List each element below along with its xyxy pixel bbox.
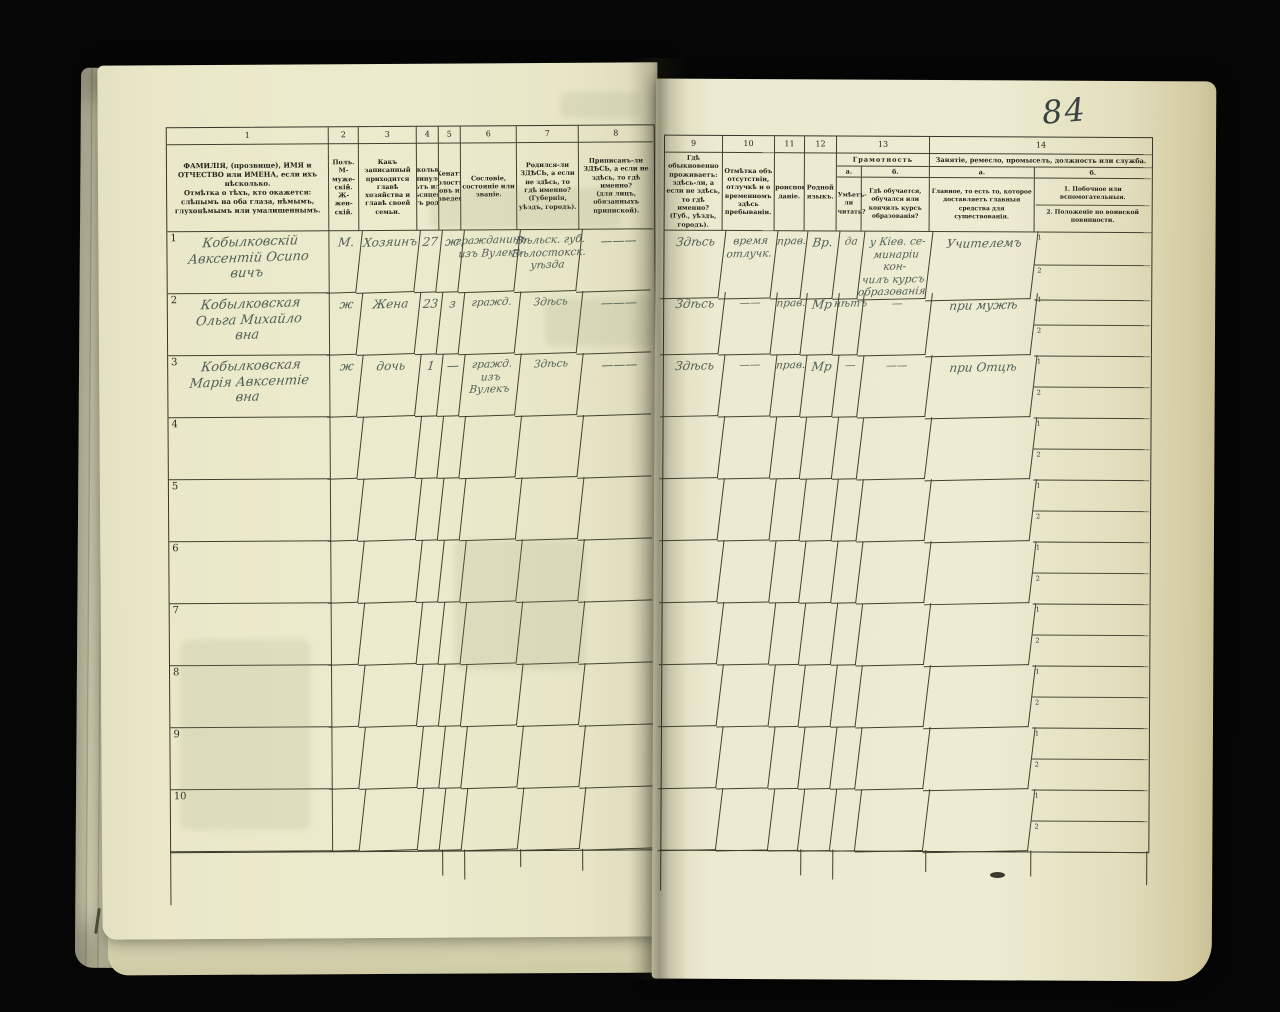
handwritten-page-number: 84 xyxy=(1040,90,1088,132)
table-row: 1 2 xyxy=(663,541,1150,606)
side-occupation-slot-2: 2 xyxy=(1032,759,1148,790)
subrow-label: 2 xyxy=(1036,450,1040,458)
side-occupation-slot-2: 2 xyxy=(1032,697,1148,728)
cell-occupation-main xyxy=(923,727,1036,791)
cell-occupation-side: 1 2 xyxy=(1032,605,1148,668)
subrow-label: 2 xyxy=(1035,698,1039,706)
column-number: 4 xyxy=(417,127,439,144)
table-row: 4 xyxy=(168,415,655,480)
table-row: 1 2 xyxy=(662,727,1149,792)
cell-relation xyxy=(358,602,423,666)
cell-education: — xyxy=(857,293,933,356)
cell-registration xyxy=(578,600,659,664)
cell-residence xyxy=(659,602,725,665)
cell-occupation-side: 1 2 xyxy=(1032,667,1148,730)
subrow-label: 2 xyxy=(1035,760,1039,768)
cell-residence xyxy=(660,416,726,479)
cell-registration xyxy=(577,414,658,478)
subrow-label: 2 xyxy=(1037,388,1041,396)
occupation-group-title: Занятіе, ремесло, промыселъ, должность и… xyxy=(930,154,1152,168)
cell-occupation-main xyxy=(924,603,1037,667)
cell-birthplace xyxy=(515,415,584,479)
cell-residence: Здѣсь xyxy=(660,354,726,417)
side-occupation-slot-1: 1 xyxy=(1033,543,1149,574)
side-occupation-slot-1: 1 xyxy=(1032,667,1148,698)
cell-birthplace: Вѣльск. губ. Бѣлостокск. уѣзда xyxy=(514,229,583,293)
header-residence: Гдѣ обыкновенно проживаетъ: здѣсь-ли, а … xyxy=(665,153,723,231)
cell-estate xyxy=(460,477,523,541)
occupation-b-label: б. xyxy=(1035,168,1151,180)
cell-registration xyxy=(579,724,660,788)
cell-residence xyxy=(658,788,724,851)
cell-education xyxy=(856,603,932,666)
cell-occupation-main xyxy=(924,479,1037,543)
cell-residence xyxy=(658,664,724,727)
side-occupation-slot-1: 1 xyxy=(1034,233,1150,267)
literacy-b-label: б. xyxy=(862,167,929,178)
cell-name: 4 xyxy=(168,417,330,480)
cell-residence xyxy=(658,726,724,789)
cell-name: 3 Кобылковская Марія Авксентіе вна xyxy=(168,355,330,418)
cell-occupation-side: 1 2 xyxy=(1034,357,1150,420)
bleed-through-ghost xyxy=(180,640,310,830)
cell-name: 6 xyxy=(169,541,331,604)
header-language: Родной языкъ. xyxy=(805,153,837,231)
column-number: 13 xyxy=(837,136,930,153)
cell-education xyxy=(856,479,932,542)
header-sex: Полъ. М-муже-скій. Ж-жен-скій. xyxy=(329,144,360,231)
cell-absence xyxy=(717,603,777,666)
bleed-through-ghost xyxy=(560,92,640,118)
cell-registration xyxy=(578,538,659,602)
side-occupation-slot-2: 2 xyxy=(1033,449,1149,480)
cell-relation xyxy=(359,726,424,790)
rule-overshoot xyxy=(925,850,926,872)
literacy-a-desc: Умѣетъ-ли читать? xyxy=(837,177,861,230)
cell-occupation-main: Учителемъ xyxy=(925,231,1038,301)
cell-absence: время отлучк. xyxy=(718,231,778,300)
cell-absence xyxy=(718,417,778,480)
occupation-a-column: а. Главное, то есть то, которое доставля… xyxy=(930,167,1035,232)
cell-residence: Здѣсь xyxy=(660,230,726,299)
cell-relation: дочь xyxy=(357,354,422,418)
side-occupation-slot-2: 2 xyxy=(1032,635,1148,666)
side-occupation-slot-1: 1 xyxy=(1032,729,1148,760)
cell-birthplace xyxy=(516,477,585,541)
rule-overshoot xyxy=(520,849,521,867)
cell-education: у Кіев. се- минаріи кон- чилъ курсъ обра… xyxy=(857,231,933,300)
side-occupation-slot-2: 2 xyxy=(1031,821,1147,852)
column-number: 6 xyxy=(461,126,517,143)
subrow-label: 1 xyxy=(1038,234,1042,242)
subrow-label: 2 xyxy=(1034,822,1038,830)
cell-estate xyxy=(459,415,522,479)
side-occupation-slot-1: 1 xyxy=(1034,295,1150,326)
subrow-label: 2 xyxy=(1036,574,1040,582)
occupation-a-desc: Главное, то есть то, которое доставляетъ… xyxy=(930,178,1034,232)
cell-relation xyxy=(358,540,423,604)
side-occupation-slot-2: 2 xyxy=(1033,573,1149,604)
cell-relation xyxy=(358,478,423,542)
table-row: 1 2 xyxy=(662,665,1149,730)
subrow-label: 1 xyxy=(1037,296,1041,304)
side-occupation-slot-1: 1 xyxy=(1032,605,1148,636)
cell-residence xyxy=(659,478,725,541)
occupation-b-column: б. 1. Побочное или вспомогательныя. 2. П… xyxy=(1035,168,1151,233)
name-value xyxy=(165,415,333,481)
cell-education: —— xyxy=(857,355,933,418)
book-page-right: 9 10 11 12 13 14 Гдѣ обыкновенно прожива… xyxy=(652,79,1217,982)
subrow-label: 1 xyxy=(1036,606,1040,614)
occupation-side-label: 1. Побочное или вспомогательныя. xyxy=(1036,182,1150,205)
cell-occupation-side: 1 2 xyxy=(1033,419,1149,482)
cell-education xyxy=(857,417,933,480)
subrow-label: 2 xyxy=(1037,326,1041,334)
name-value: Кобылковская Марія Авксентіе вна xyxy=(165,353,333,419)
rule-overshoot xyxy=(832,849,833,879)
subrow-label: 1 xyxy=(1037,420,1041,428)
cell-occupation-main xyxy=(923,665,1036,729)
cell-estate: гражд. изъ Вулекъ xyxy=(459,353,522,417)
cell-estate xyxy=(461,663,524,727)
rule-overshoot xyxy=(170,851,171,905)
subrow-label: 1 xyxy=(1037,358,1041,366)
cell-occupation-side: 1 2 xyxy=(1034,295,1150,358)
table-row: 1 2 xyxy=(663,417,1150,482)
cell-estate: гражд. xyxy=(458,291,521,355)
header-religion: Вѣроисповѣ-даніе. xyxy=(775,153,805,231)
cell-residence: Здѣсь xyxy=(660,292,726,355)
side-occupation-slot-1: 1 xyxy=(1031,791,1147,822)
rule-overshoot xyxy=(660,849,661,891)
bleed-through-ghost xyxy=(430,188,620,228)
side-occupation-slot-1: 1 xyxy=(1034,357,1150,388)
cell-relation xyxy=(359,664,424,728)
side-occupation-slot-2: 2 xyxy=(1034,387,1150,418)
cell-birthplace: Здѣсь xyxy=(515,353,584,417)
column-number: 11 xyxy=(775,136,805,153)
photographed-census-book: { "page_label": "84", "left_table": { "n… xyxy=(0,0,1280,1012)
cell-absence xyxy=(716,789,776,852)
literacy-group-title: Грамотность xyxy=(837,153,929,166)
cell-education xyxy=(855,665,931,728)
cell-name: 5 xyxy=(169,479,331,542)
cell-absence xyxy=(717,541,777,604)
header-absence: Отмѣтка объ отсутствіи, отлучкѣ и о врем… xyxy=(723,153,775,231)
cell-absence xyxy=(716,665,776,728)
cell-registration: ——— xyxy=(577,352,658,416)
rule-overshoot xyxy=(442,850,443,876)
occupation-a-label: а. xyxy=(930,167,1034,179)
cell-relation: Хозяинъ xyxy=(356,230,421,294)
table-row: Здѣсь —— прав. Мр — —— при Отцѣ 1 2 xyxy=(664,355,1151,420)
bleed-through-ghost xyxy=(455,540,585,670)
table-row: 1 2 xyxy=(661,789,1148,854)
cell-occupation-side: 1 2 xyxy=(1033,543,1149,606)
table-row: Здѣсь время отлучк. прав. Вр. да у Кіев.… xyxy=(664,231,1151,296)
cell-registration xyxy=(578,476,659,540)
data-rows-right: Здѣсь время отлучк. прав. Вр. да у Кіев.… xyxy=(661,231,1151,854)
literacy-b-column: б. Гдѣ обучается, обучался или кончилъ к… xyxy=(862,167,929,231)
cell-relation: Жена xyxy=(356,292,421,356)
column-number: 1 xyxy=(167,127,329,145)
census-table-right-half: 9 10 11 12 13 14 Гдѣ обыкновенно прожива… xyxy=(660,135,1153,854)
occupation-military-label: 2. Положеніе по воинской повинности. xyxy=(1036,205,1150,229)
cell-registration xyxy=(579,786,660,850)
rule-overshoot xyxy=(1030,851,1031,877)
cell-registration: ——— xyxy=(576,228,657,292)
subrow-label: 2 xyxy=(1035,636,1039,644)
name-value: Кобылковская Ольга Михайло вна xyxy=(164,291,332,357)
header-relation: Какъ записанный приходится главѣ хозяйст… xyxy=(359,144,418,231)
table-row: 5 xyxy=(169,477,656,542)
cell-occupation-side: 1 2 xyxy=(1034,233,1150,302)
side-occupation-slot-2: 2 xyxy=(1033,511,1149,542)
name-value: Кобылковскій Авксентій Осипо вичъ xyxy=(164,229,332,295)
cell-estate xyxy=(462,787,525,851)
side-occupation-slot-1: 1 xyxy=(1033,419,1149,450)
column-number: 8 xyxy=(579,125,653,142)
cell-birthplace xyxy=(517,787,586,851)
subrow-label: 1 xyxy=(1036,482,1040,490)
cell-estate xyxy=(461,725,524,789)
side-occupation-slot-2: 2 xyxy=(1034,325,1150,356)
column-number: 9 xyxy=(665,136,723,153)
cell-residence xyxy=(659,540,725,603)
side-occupation-slot-1: 1 xyxy=(1033,481,1149,512)
column-number: 3 xyxy=(359,127,417,144)
literacy-b-desc: Гдѣ обучается, обучался или кончилъ курс… xyxy=(862,178,929,231)
header-row-right: Гдѣ обыкновенно проживаетъ: здѣсь-ли, а … xyxy=(665,153,1152,234)
table-row: Здѣсь —— прав. Мр нѣтъ — при мужѣ 1 2 xyxy=(664,293,1151,358)
table-row: 1 Кобылковскій Авксентій Осипо вичъ М. Х… xyxy=(167,229,654,294)
cell-education xyxy=(855,789,931,852)
cell-occupation-main xyxy=(925,417,1038,481)
column-number: 5 xyxy=(439,126,461,143)
rule-overshoot xyxy=(1146,851,1147,885)
cell-name: 2 Кобылковская Ольга Михайло вна xyxy=(168,293,330,356)
header-literacy-group: Грамотность а. Умѣетъ-ли читать? б. Гдѣ … xyxy=(837,153,930,231)
literacy-a-column: а. Умѣетъ-ли читать? xyxy=(837,166,862,230)
occupation-b-desc: 1. Побочное или вспомогательныя. 2. Поло… xyxy=(1035,179,1151,233)
column-number: 12 xyxy=(805,136,837,153)
subrow-label: 1 xyxy=(1035,792,1039,800)
cell-absence xyxy=(717,479,777,542)
cell-birthplace xyxy=(517,725,586,789)
cell-relation xyxy=(357,416,422,480)
cell-registration xyxy=(579,662,660,726)
cell-name: 1 Кобылковскій Авксентій Осипо вичъ xyxy=(167,231,329,294)
column-number: 14 xyxy=(930,137,1152,155)
cell-occupation-side: 1 2 xyxy=(1032,729,1148,792)
column-number: 10 xyxy=(723,136,775,153)
cell-education xyxy=(855,727,931,790)
cell-absence xyxy=(716,727,776,790)
cell-occupation-side: 1 2 xyxy=(1033,481,1149,544)
cell-occupation-main: при мужѣ xyxy=(925,293,1038,357)
rule-overshoot xyxy=(800,849,801,875)
header-occupation-group: Занятіе, ремесло, промыселъ, должность и… xyxy=(930,154,1152,233)
cell-birthplace xyxy=(517,663,586,727)
column-number: 7 xyxy=(517,126,579,143)
subrow-label: 1 xyxy=(1035,668,1039,676)
column-number: 2 xyxy=(329,127,359,144)
rule-overshoot xyxy=(464,849,465,879)
cell-absence: —— xyxy=(718,355,778,418)
table-row: 1 2 xyxy=(663,479,1150,544)
cell-occupation-side: 1 2 xyxy=(1031,791,1147,854)
name-value xyxy=(166,539,334,605)
table-row: 3 Кобылковская Марія Авксентіе вна ж доч… xyxy=(168,353,655,418)
ink-smudge xyxy=(990,872,1005,878)
name-value xyxy=(165,477,333,543)
subrow-label: 1 xyxy=(1036,544,1040,552)
literacy-a-label: а. xyxy=(837,166,861,177)
rule-overshoot xyxy=(582,849,583,871)
cell-occupation-main xyxy=(924,541,1037,605)
cell-education xyxy=(856,541,932,604)
cell-occupation-main: при Отцѣ xyxy=(925,355,1038,419)
header-surname: ФАМИЛІЯ, (прозвище), ИМЯ и ОТЧЕСТВО или … xyxy=(167,144,330,232)
subrow-label: 1 xyxy=(1035,730,1039,738)
subrow-label: 2 xyxy=(1036,512,1040,520)
subrow-label: 2 xyxy=(1037,267,1041,275)
cell-absence: —— xyxy=(718,293,778,356)
cell-occupation-main xyxy=(923,789,1036,853)
cell-relation xyxy=(360,788,425,852)
table-row: 1 2 xyxy=(662,603,1149,668)
bleed-through-ghost xyxy=(545,298,655,346)
